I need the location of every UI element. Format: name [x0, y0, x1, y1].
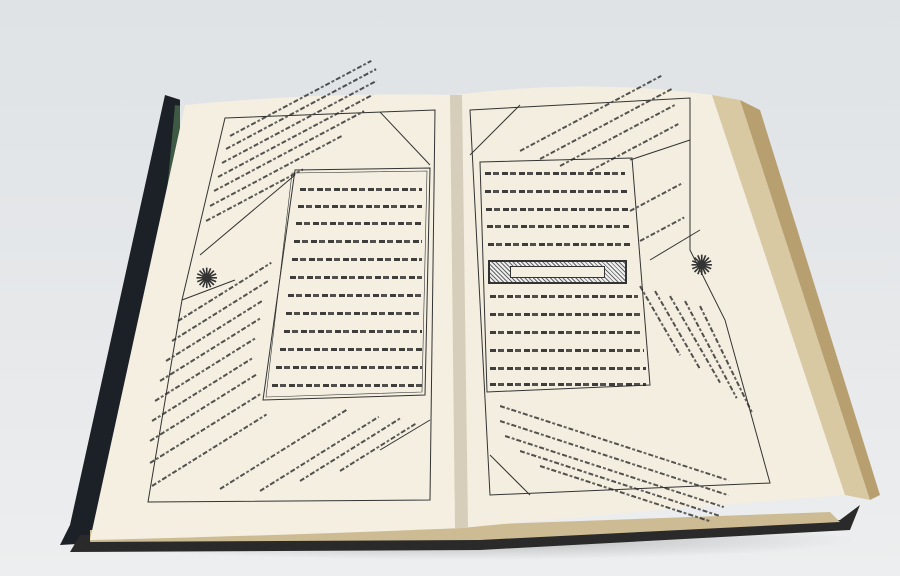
- star-ornament-icon: ✺: [690, 252, 713, 280]
- left-page: [0, 0, 900, 576]
- decorative-title-banner: [488, 260, 627, 284]
- star-ornament-icon: ✺: [195, 265, 218, 293]
- photo-scene: ✺ ✺: [0, 0, 900, 576]
